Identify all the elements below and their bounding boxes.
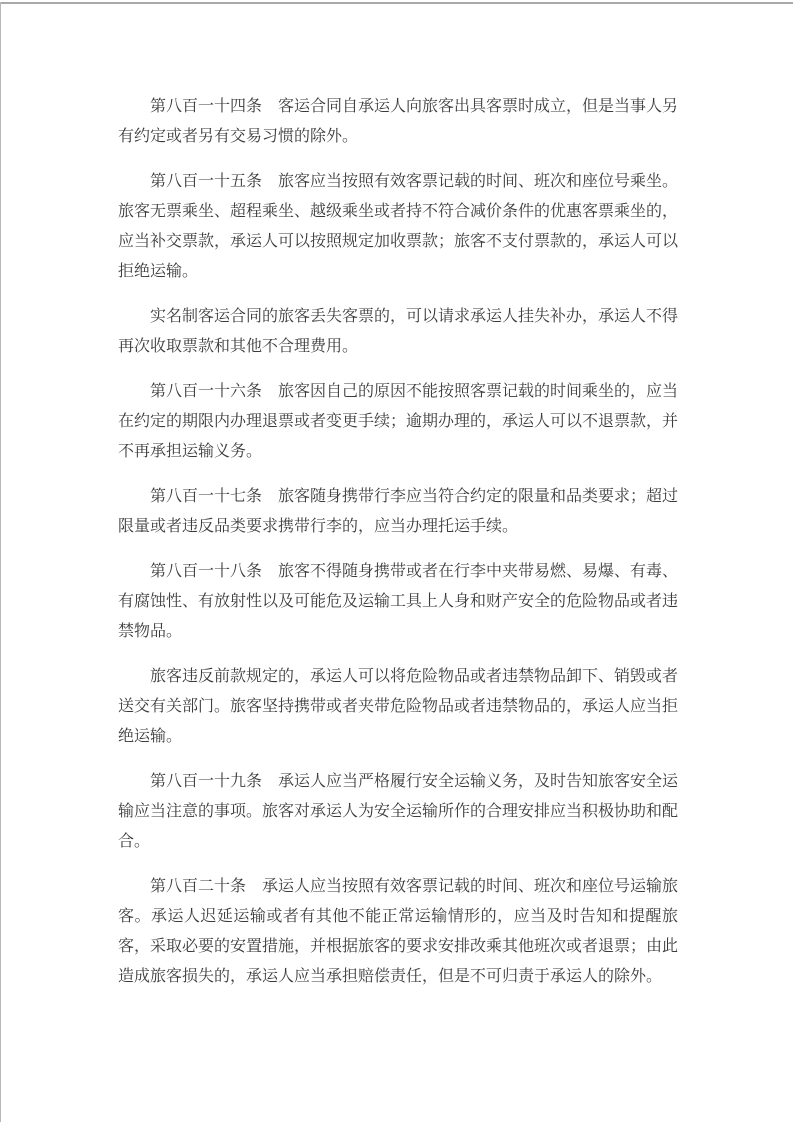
paragraph-art-818-cont: 旅客违反前款规定的，承运人可以将危险物品或者违禁物品卸下、销毁或者送交有关部门。… [118, 662, 678, 752]
paragraph-art-819: 第八百一十九条 承运人应当严格履行安全运输义务，及时告知旅客安全运输应当注意的事… [118, 767, 678, 857]
paragraph-art-817: 第八百一十七条 旅客随身携带行李应当符合约定的限量和品类要求；超过限量或者违反品… [118, 482, 678, 542]
document-page: 第八百一十四条 客运合同自承运人向旅客出具客票时成立，但是当事人另有约定或者另有… [0, 0, 793, 1122]
paragraph-art-815-cont: 实名制客运合同的旅客丢失客票的，可以请求承运人挂失补办，承运人不得再次收取票款和… [118, 302, 678, 362]
paragraph-art-815: 第八百一十五条 旅客应当按照有效客票记载的时间、班次和座位号乘坐。旅客无票乘坐、… [118, 167, 678, 287]
page-left-divider [0, 2, 1, 1122]
law-text-content: 第八百一十四条 客运合同自承运人向旅客出具客票时成立，但是当事人另有约定或者另有… [118, 92, 678, 1007]
paragraph-art-818: 第八百一十八条 旅客不得随身携带或者在行李中夹带易燃、易爆、有毒、有腐蚀性、有放… [118, 557, 678, 647]
paragraph-art-814: 第八百一十四条 客运合同自承运人向旅客出具客票时成立，但是当事人另有约定或者另有… [118, 92, 678, 152]
page-top-divider [0, 2, 793, 4]
paragraph-art-820: 第八百二十条 承运人应当按照有效客票记载的时间、班次和座位号运输旅客。承运人迟延… [118, 872, 678, 992]
paragraph-art-816: 第八百一十六条 旅客因自己的原因不能按照客票记载的时间乘坐的，应当在约定的期限内… [118, 377, 678, 467]
